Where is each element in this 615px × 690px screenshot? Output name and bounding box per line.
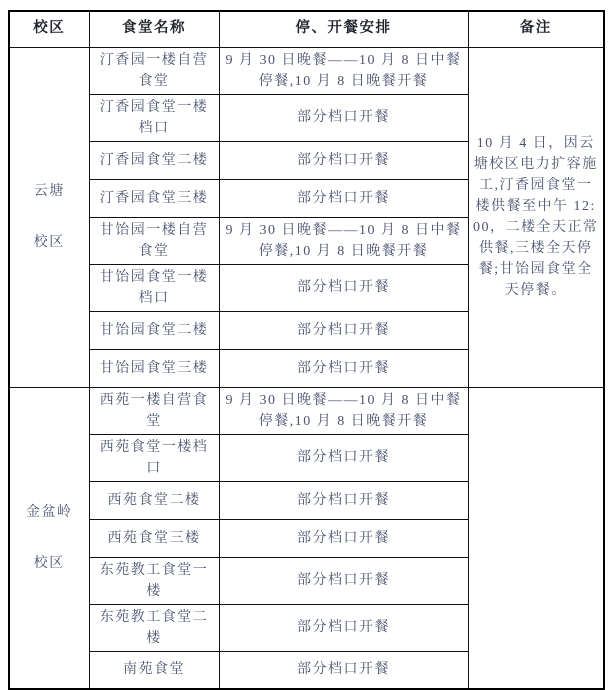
- canteen-name-cell: 甘饴园食堂三楼: [89, 349, 219, 387]
- header-remark: 备注: [468, 11, 604, 47]
- schedule-cell: 9 月 30 日晚餐——10 月 8 日中餐停餐,10 月 8 日晚餐开餐: [219, 217, 468, 264]
- schedule-cell: 部分档口开餐: [219, 604, 468, 651]
- canteen-name-cell: 东苑教工食堂一楼: [89, 557, 219, 604]
- canteen-name-cell: 西苑食堂二楼: [89, 481, 219, 519]
- remark-cell-yuntang: 10 月 4 日，因云塘校区电力扩容施工,汀香园食堂一楼供餐至中午 12: 00…: [468, 47, 604, 387]
- schedule-cell: 9 月 30 日晚餐——10 月 8 日中餐停餐,10 月 8 日晚餐开餐: [219, 47, 468, 94]
- canteen-name-cell: 甘饴园一楼自营食堂: [89, 217, 219, 264]
- canteen-name-cell: 汀香园一楼自营食堂: [89, 47, 219, 94]
- canteen-name-cell: 西苑食堂三楼: [89, 519, 219, 557]
- canteen-schedule-table: 校区 食堂名称 停、开餐安排 备注 云塘 校区 汀香园一楼自营食堂 9 月 30…: [8, 10, 605, 690]
- table-row: 金盆岭 校区 西苑一楼自营食堂 9 月 30 日晚餐——10 月 8 日中餐停餐…: [9, 387, 604, 434]
- canteen-name-cell: 南苑食堂: [89, 651, 219, 689]
- schedule-cell: 部分档口开餐: [219, 94, 468, 141]
- campus-cell-yuntang: 云塘 校区: [9, 47, 89, 387]
- schedule-cell: 部分档口开餐: [219, 434, 468, 481]
- header-campus: 校区: [9, 11, 89, 47]
- schedule-cell: 部分档口开餐: [219, 349, 468, 387]
- campus-name-line1: 云塘: [14, 181, 85, 202]
- table-row: 云塘 校区 汀香园一楼自营食堂 9 月 30 日晚餐——10 月 8 日中餐停餐…: [9, 47, 604, 94]
- remark-cell-jinpenling: [468, 387, 604, 689]
- canteen-name-cell: 汀香园食堂一楼档口: [89, 94, 219, 141]
- canteen-name-cell: 汀香园食堂二楼: [89, 141, 219, 179]
- header-schedule: 停、开餐安排: [219, 11, 468, 47]
- campus-name-line1: 金盆岭: [14, 502, 85, 523]
- document-page: 校区 食堂名称 停、开餐安排 备注 云塘 校区 汀香园一楼自营食堂 9 月 30…: [0, 0, 615, 658]
- canteen-name-cell: 汀香园食堂三楼: [89, 179, 219, 217]
- canteen-name-cell: 西苑食堂一楼档口: [89, 434, 219, 481]
- schedule-cell: 部分档口开餐: [219, 557, 468, 604]
- canteen-name-cell: 西苑一楼自营食堂: [89, 387, 219, 434]
- campus-name-line2: 校区: [14, 232, 85, 253]
- table-header-row: 校区 食堂名称 停、开餐安排 备注: [9, 11, 604, 47]
- schedule-cell: 部分档口开餐: [219, 481, 468, 519]
- schedule-cell: 部分档口开餐: [219, 311, 468, 349]
- header-canteen-name: 食堂名称: [89, 11, 219, 47]
- schedule-cell: 部分档口开餐: [219, 179, 468, 217]
- schedule-cell: 部分档口开餐: [219, 519, 468, 557]
- campus-name-line2: 校区: [14, 553, 85, 574]
- canteen-name-cell: 甘饴园食堂一楼档口: [89, 264, 219, 311]
- canteen-name-cell: 甘饴园食堂二楼: [89, 311, 219, 349]
- campus-cell-jinpenling: 金盆岭 校区: [9, 387, 89, 689]
- schedule-cell: 部分档口开餐: [219, 141, 468, 179]
- schedule-cell: 9 月 30 日晚餐——10 月 8 日中餐停餐,10 月 8 日晚餐开餐: [219, 387, 468, 434]
- schedule-cell: 部分档口开餐: [219, 651, 468, 689]
- canteen-name-cell: 东苑教工食堂二楼: [89, 604, 219, 651]
- schedule-cell: 部分档口开餐: [219, 264, 468, 311]
